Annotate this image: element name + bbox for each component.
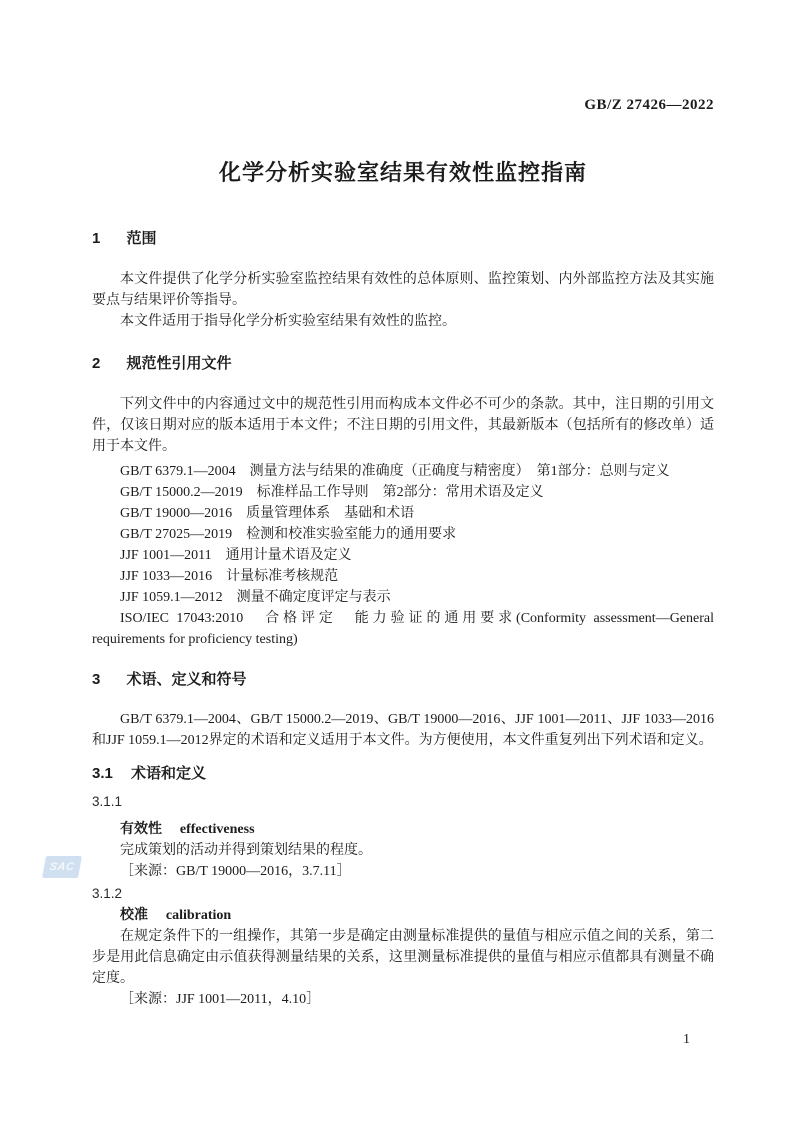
reference-item: GB/T 6379.1—2004 测量方法与结果的准确度（正确度与精密度） 第1… [92, 461, 714, 482]
reference-item: GB/T 27025—2019 检测和校准实验室能力的通用要求 [92, 524, 714, 545]
normative-intro-paragraph: 下列文件中的内容通过文中的规范性引用而构成本文件必不可少的条款。其中，注日期的引… [92, 394, 714, 457]
sac-logo-text: SAC [49, 861, 76, 873]
section-number: 2 [92, 355, 100, 372]
document-title: 化学分析实验室结果有效性监控指南 [92, 159, 714, 187]
subsection-heading-terms-definitions: 3.1 术语和定义 [92, 764, 714, 784]
scope-paragraph-2: 本文件适用于指导化学分析实验室结果有效性的监控。 [92, 311, 714, 332]
sac-watermark-logo: SAC [42, 856, 82, 878]
term-entry-3-1-2: 3.1.2 校准 calibration 在规定条件下的一组操作，其第一步是确定… [92, 886, 714, 1010]
page-number: 1 [683, 1032, 690, 1048]
term-english: effectiveness [180, 822, 255, 837]
section-number: 3 [92, 671, 100, 688]
reference-item: JJF 1001—2011 通用计量术语及定义 [92, 545, 714, 566]
reference-item: JJF 1059.1—2012 测量不确定度评定与表示 [92, 587, 714, 608]
term-line: 校准 calibration [92, 904, 714, 926]
section-heading-terms: 3 术语、定义和符号 [92, 670, 714, 690]
term-source: ［来源：GB/T 19000—2016，3.7.11］ [92, 861, 714, 882]
term-entry-3-1-1: 3.1.1 有效性 effectiveness 完成策划的活动并得到策划结果的程… [92, 794, 714, 882]
section-number: 1 [92, 230, 100, 247]
term-english: calibration [166, 908, 231, 923]
term-chinese: 校准 [120, 906, 148, 922]
reference-item: JJF 1033—2016 计量标准考核规范 [92, 566, 714, 587]
clause-number: 3.1.2 [92, 886, 714, 901]
normative-references-list: GB/T 6379.1—2004 测量方法与结果的准确度（正确度与精密度） 第1… [92, 461, 714, 650]
section-title: 术语、定义和符号 [127, 671, 247, 688]
subsection-title: 术语和定义 [131, 765, 206, 782]
document-page: GB/Z 27426—2022 化学分析实验室结果有效性监控指南 1 范围 本文… [0, 0, 794, 1123]
terms-intro-paragraph: GB/T 6379.1—2004、GB/T 15000.2—2019、GB/T … [92, 709, 714, 751]
reference-item: GB/T 15000.2—2019 标准样品工作导则 第2部分：常用术语及定义 [92, 482, 714, 503]
subsection-number: 3.1 [92, 765, 113, 782]
reference-item: GB/T 19000—2016 质量管理体系 基础和术语 [92, 503, 714, 524]
section-title: 规范性引用文件 [127, 355, 232, 372]
term-chinese: 有效性 [120, 820, 162, 836]
reference-item: ISO/IEC 17043:2010 合格评定 能力验证的通用要求(Confor… [92, 608, 714, 650]
section-heading-normative-references: 2 规范性引用文件 [92, 354, 714, 374]
term-source: ［来源：JJF 1001—2011，4.10］ [92, 989, 714, 1010]
clause-number: 3.1.1 [92, 794, 714, 809]
term-definition: 在规定条件下的一组操作，其第一步是确定由测量标准提供的量值与相应示值之间的关系，… [92, 926, 714, 989]
term-definition: 完成策划的活动并得到策划结果的程度。 [92, 840, 714, 861]
standard-code: GB/Z 27426—2022 [92, 97, 714, 113]
section-title: 范围 [127, 230, 157, 247]
term-line: 有效性 effectiveness [92, 818, 714, 840]
section-heading-scope: 1 范围 [92, 229, 714, 249]
scope-paragraph-1: 本文件提供了化学分析实验室监控结果有效性的总体原则、监控策划、内外部监控方法及其… [92, 269, 714, 311]
